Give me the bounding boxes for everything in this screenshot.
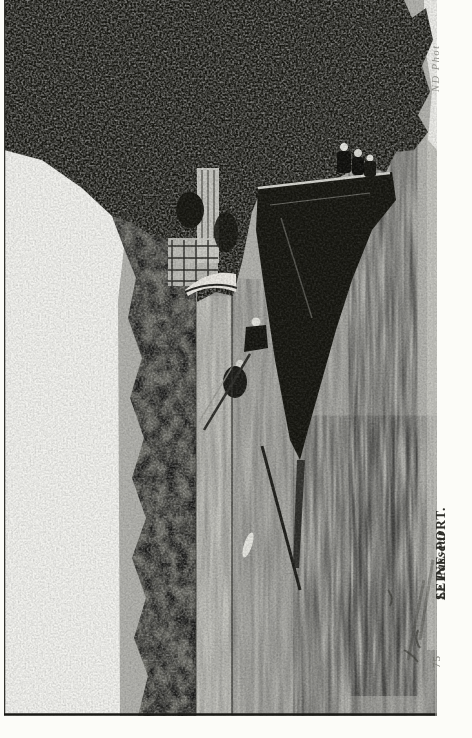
photo-area [4, 0, 437, 716]
postcard-photo [0, 0, 472, 738]
postcard: 75 SEINE-PORT. — Le Passeur ND Phot [0, 0, 472, 738]
